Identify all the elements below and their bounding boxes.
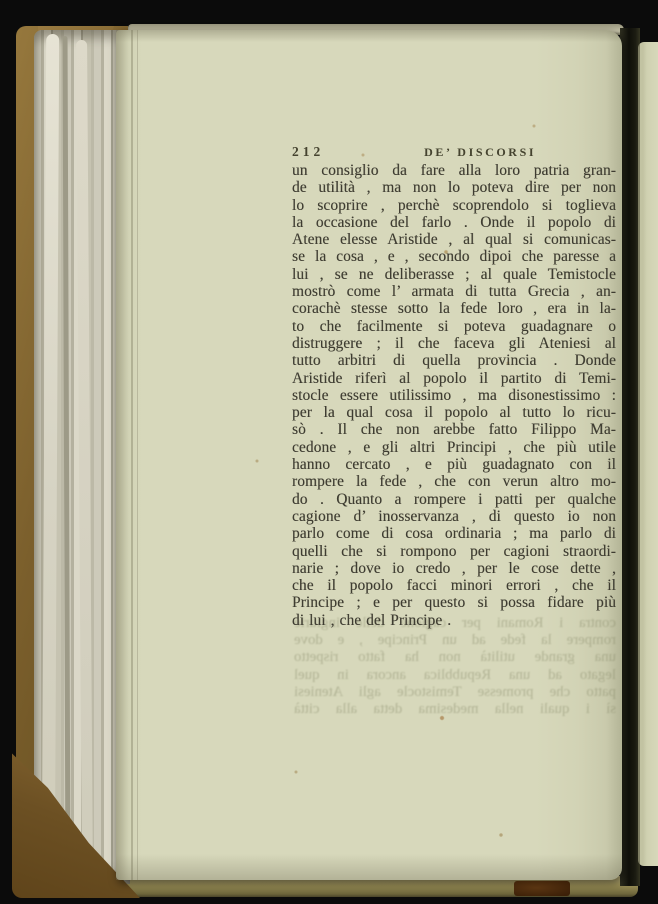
bleedthrough-line: patto che promesse Temistocle agli Ateni… (294, 684, 616, 701)
text-line: Atene elesse Aristide , al qual si comun… (292, 231, 616, 248)
bleedthrough-line: sì i quali nella medesima detta alla cit… (294, 701, 616, 718)
page-crease-line (137, 30, 138, 880)
text-line: la occasione del farlo . Onde il popolo … (292, 214, 616, 231)
text-line: narie ; dove io credo , per le cose dett… (292, 560, 616, 577)
text-line: per la qual cosa il popolo al tutto lo r… (292, 404, 616, 421)
text-line: hanno cercato , e più guadagnato con il (292, 456, 616, 473)
text-line: to che facilmente si poteva guadagnare o (292, 318, 616, 335)
page-header: 212 DE’ DISCORSI (292, 144, 616, 162)
facing-page-edge (638, 42, 658, 866)
text-line: rompere la fede , che con verun altro mo… (292, 473, 616, 490)
text-line: se la cosa , e , secondo dipoi che pares… (292, 248, 616, 265)
text-line: sò . Il che non arebbe fatto Filippo Ma- (292, 421, 616, 438)
text-line: cagione d’ inosservanza , di questo io n… (292, 508, 616, 525)
bleedthrough-line: rompere la fede ad un Principe , e dove (294, 632, 616, 649)
text-line: tutto arbitri di quella provincia . Dond… (292, 352, 616, 369)
text-line: di lui , che del Principe . (292, 612, 616, 629)
running-title: DE’ DISCORSI (334, 145, 626, 160)
bottom-right-stain (514, 881, 570, 896)
text-line: lui , se ne deliberasse ; al quale Temis… (292, 266, 616, 283)
text-line: Aristide riferì al popolo il partito di … (292, 370, 616, 387)
text-line: cedone , e gli altri Principi , che più … (292, 439, 616, 456)
page-crease-line (131, 30, 133, 880)
text-line: quelli che si rompono per cagioni straor… (292, 543, 616, 560)
text-line: che il popolo facci minori errori , che … (292, 577, 616, 594)
body-text: un consiglio da fare alla loro patria gr… (292, 162, 616, 629)
text-line: Principe ; e per questo si possa fidare … (292, 594, 616, 611)
text-line: stocle essere utilissimo , ma disonestis… (292, 387, 616, 404)
book-scan: contra i Romani per cagione delle ingiur… (0, 0, 658, 904)
text-line: do . Quanto a rompere i patti per qualch… (292, 491, 616, 508)
text-line: parlo come di cosa ordinaria ; ma parlo … (292, 525, 616, 542)
bleedthrough-line: una grande utilità non ha fatto rispetto (294, 649, 616, 666)
bleedthrough-text: contra i Romani per cagione delle ingiur… (294, 615, 616, 718)
text-line: lo scoprire , perchè scoprendolo si togl… (292, 197, 616, 214)
text-line: mostrò come l’ armata di tutta Grecia , … (292, 283, 616, 300)
text-line: corachè stesse sotto la fede loro , era … (292, 300, 616, 317)
bleedthrough-line: legato ad una Repubblica ancora in quel (294, 667, 616, 684)
printed-text-block: 212 DE’ DISCORSI un consiglio da fare al… (292, 144, 616, 629)
text-line: un consiglio da fare alla loro patria gr… (292, 162, 616, 179)
text-line: distruggere ; il che faceva gli Ateniesi… (292, 335, 616, 352)
text-line: de utilità , ma non lo poteva dire per n… (292, 179, 616, 196)
page-fold-shading (116, 30, 129, 880)
page-number: 212 (292, 144, 324, 160)
